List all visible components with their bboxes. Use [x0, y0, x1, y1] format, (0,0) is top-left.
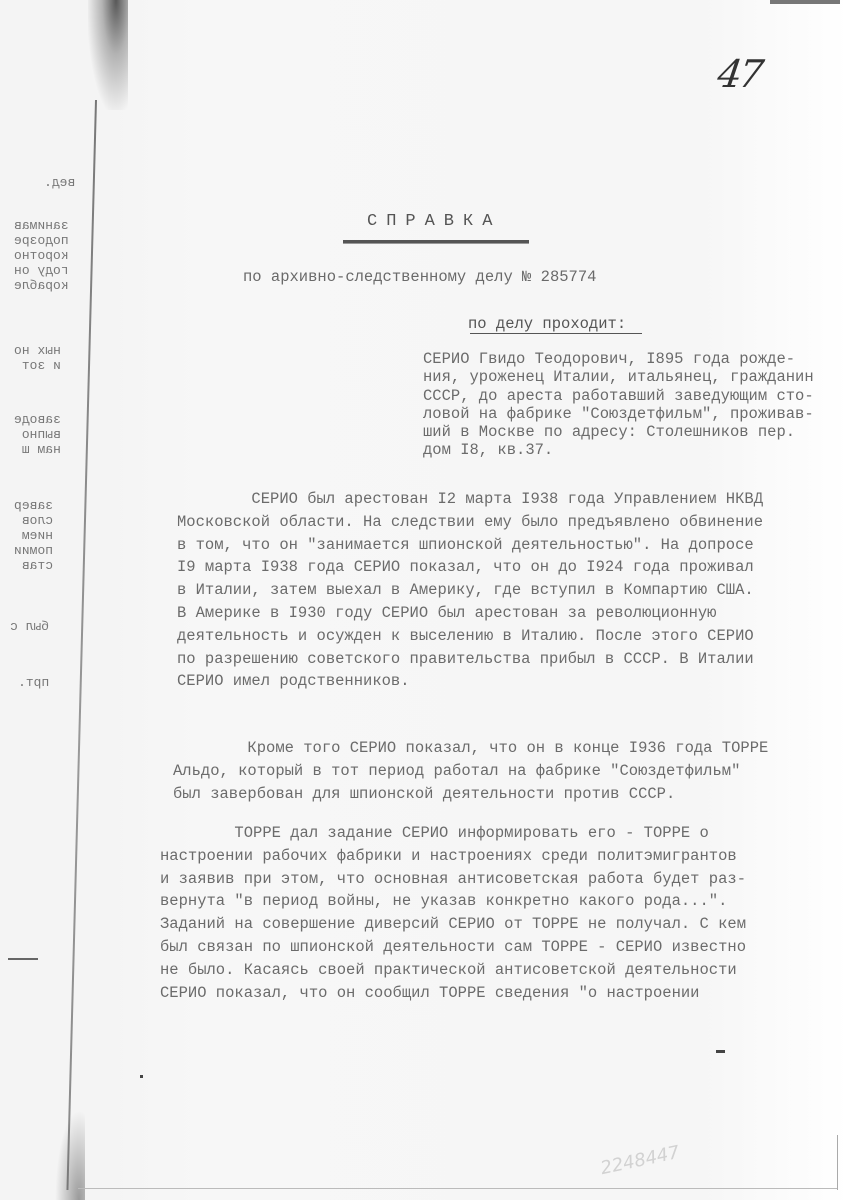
mirrored-fragment: ных но и зот: [14, 343, 61, 373]
paragraph-assignment-line: вернута "в период войны, не указав конкр…: [160, 890, 746, 913]
person-details-line: ловой на фабрике "Союздетфильм", прожива…: [423, 405, 814, 423]
ink-mark: [8, 958, 38, 960]
paragraph-arrest-line: I9 марта I938 года СЕРИО показал, что он…: [177, 556, 763, 579]
paragraph-assignment-line: СЕРИО показал, что он сообщил ТОРРЕ свед…: [160, 982, 746, 1005]
paragraph-assignment: ТОРРЕ дал задание СЕРИО информировать ег…: [160, 822, 746, 1004]
passes-heading: по делу проходит:: [468, 315, 626, 333]
paragraph-assignment-line: был связан по шпионской деятельности сам…: [160, 936, 746, 959]
folio-number: 47: [715, 52, 764, 96]
mirrored-fragment: был с: [10, 620, 49, 634]
paragraph-assignment-line: настроении рабочих фабрики и настроениях…: [160, 845, 746, 868]
paragraph-arrest-line: Московской области. На следствии ему был…: [177, 511, 763, 534]
paragraph-recruitment-line: был завербован для шпионской деятельност…: [173, 783, 768, 806]
person-details-line: ния, уроженец Италии, итальянец, граждан…: [423, 368, 814, 386]
bottom-binding-shadow: [55, 1110, 85, 1200]
ink-speck: [716, 1050, 725, 1053]
paragraph-recruitment-line: Альдо, который в тот период работал на ф…: [173, 760, 768, 783]
paragraph-recruitment: Кроме того СЕРИО показал, что он в конце…: [173, 737, 768, 805]
paragraph-assignment-line: и заявив при этом, что основная антисове…: [160, 868, 746, 891]
mirrored-fragment: занимав подозре коротно году он корабле: [14, 218, 69, 293]
mirrored-fragment: вед.: [44, 176, 75, 190]
person-details-line: СЕРИО Гвидо Теодорович, I895 года рожде-: [423, 350, 814, 368]
paragraph-arrest-line: в том, что он "занимается шпионской деят…: [177, 534, 763, 557]
passes-underline: [470, 333, 642, 334]
case-reference: по архивно-следственному делу № 285774: [243, 268, 596, 286]
document-title: СПРАВКА: [367, 212, 501, 231]
person-details-line: дом I8, кв.37.: [423, 441, 814, 459]
mirrored-fragment: заводе выпно нам ш: [14, 412, 61, 457]
mirrored-fragment: завер слов нием помии став: [14, 498, 53, 573]
paragraph-arrest-line: В Америке в I930 году СЕРИО был арестова…: [177, 602, 763, 625]
top-page-edge: [770, 0, 840, 4]
title-underline: [343, 240, 529, 244]
paper-right-edge: [837, 1135, 838, 1190]
paragraph-arrest-line: по разрешению советского правительства п…: [177, 648, 763, 671]
paper-bottom-edge: [78, 1188, 838, 1189]
paragraph-assignment-line: ТОРРЕ дал задание СЕРИО информировать ег…: [160, 822, 746, 845]
person-details: СЕРИО Гвидо Теодорович, I895 года рожде-…: [423, 350, 814, 460]
person-details-line: СССР, до ареста работавший заведующим ст…: [423, 387, 814, 405]
person-details-line: ший в Москве по адресу: Столешников пер.: [423, 423, 814, 441]
paragraph-recruitment-line: Кроме того СЕРИО показал, что он в конце…: [173, 737, 768, 760]
pencil-annotation: 2248447: [599, 1142, 682, 1179]
paragraph-assignment-line: не было. Касаясь своей практической анти…: [160, 959, 746, 982]
paragraph-arrest-line: в Италии, затем выехал в Америку, где вс…: [177, 579, 763, 602]
paragraph-arrest: СЕРИО был арестован I2 марта I938 года У…: [177, 488, 763, 693]
document-scan: вед. занимав подозре коротно году он кор…: [0, 0, 848, 1200]
binding-shadow: [88, 0, 128, 110]
paragraph-assignment-line: Заданий на совершение диверсий СЕРИО от …: [160, 913, 746, 936]
paragraph-arrest-line: СЕРИО был арестован I2 марта I938 года У…: [177, 488, 763, 511]
mirrored-fragment: прт.: [18, 676, 49, 690]
paragraph-arrest-line: деятельность и осужден к выселению в Ита…: [177, 625, 763, 648]
paragraph-arrest-line: СЕРИО имел родственников.: [177, 670, 763, 693]
ink-speck: [140, 1075, 143, 1078]
